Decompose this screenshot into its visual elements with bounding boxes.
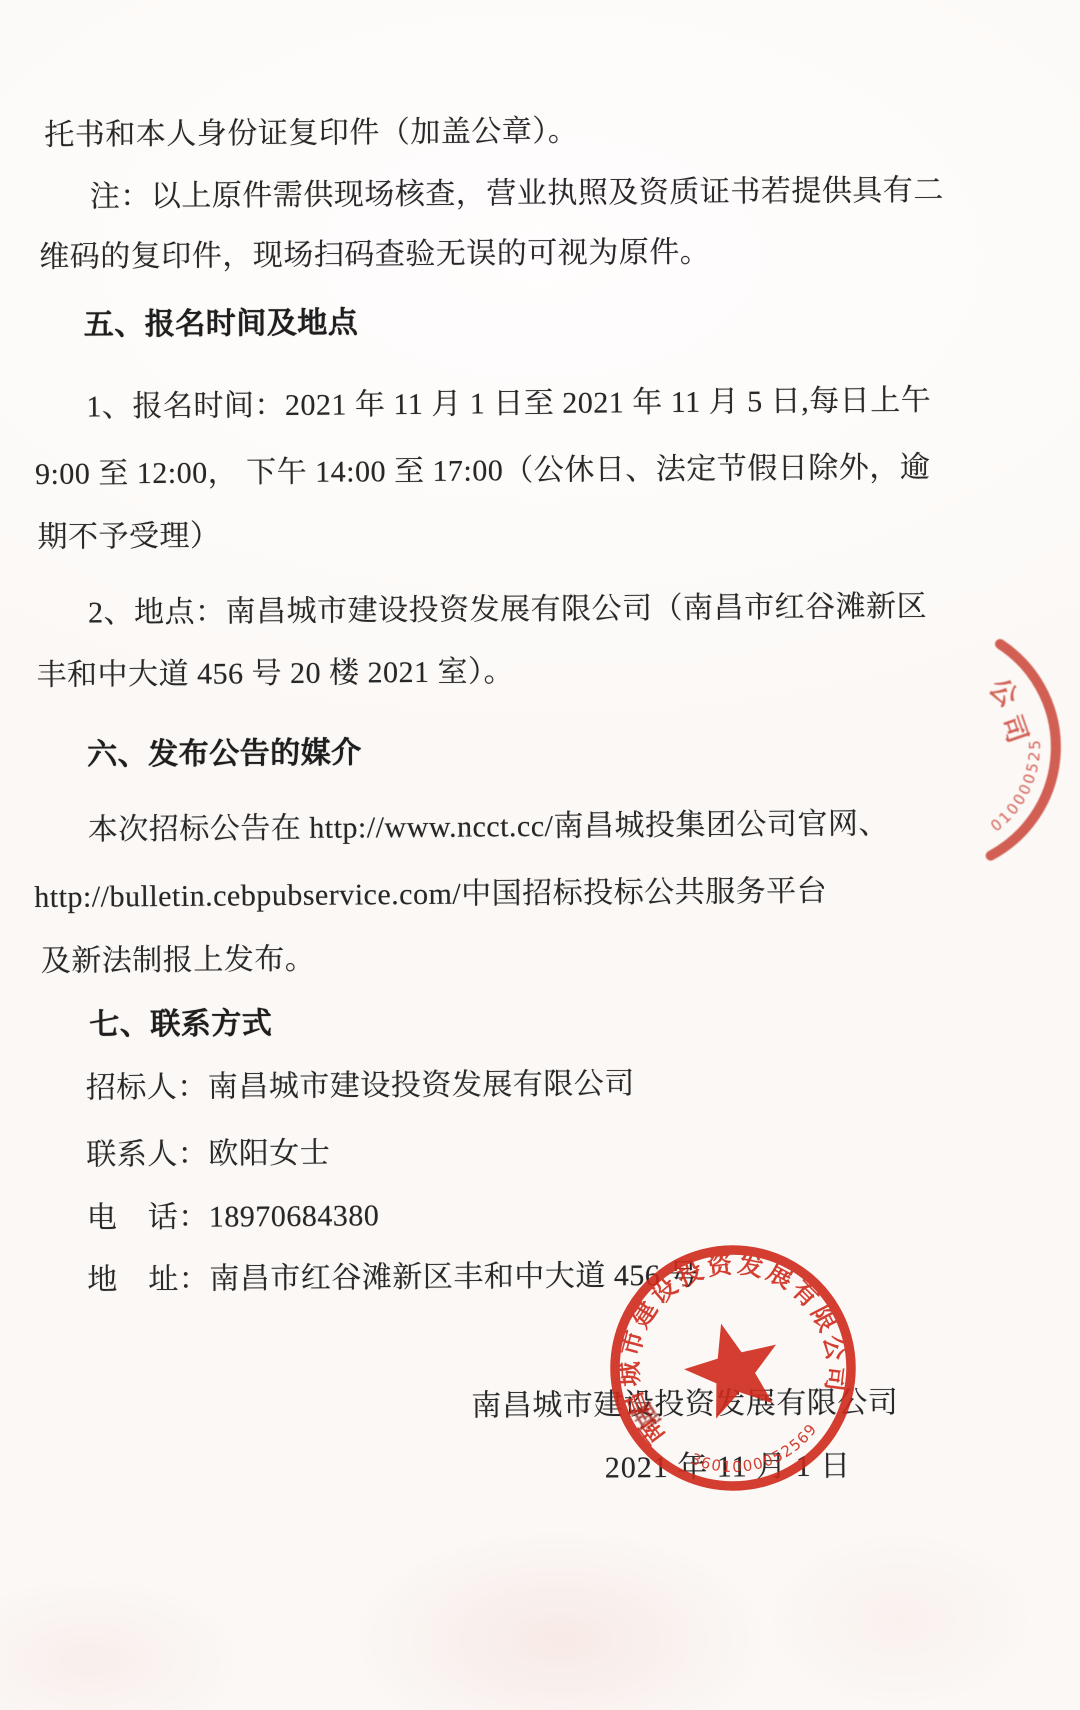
contact-tenderer: 招标人：南昌城市建设投资发展有限公司 (86, 1058, 635, 1106)
doc-line: 及新法制报上发布。 (41, 934, 316, 980)
section-heading-5: 五、报名时间及地点 (84, 297, 359, 343)
doc-line-media-url-1: 本次招标公告在 http://www.ncct.cc/南昌城投集团公司官网、 (88, 798, 889, 848)
doc-line: 托书和本人身份证复印件（加盖公章）。 (44, 106, 578, 154)
doc-line: 维码的复印件，现场扫码查验无误的可视为原件。 (39, 227, 710, 276)
doc-line-media-url-2: http://bulletin.cebpubservice.com/中国招标投标… (34, 866, 827, 916)
doc-line-note: 注：以上原件需供现场核查，营业执照及资质证书若提供具有二 (90, 165, 944, 216)
partial-seal: 公 司 01000052569 (800, 560, 1080, 940)
doc-line: 期不予受理） (37, 511, 220, 556)
official-seal: 南昌城市建设投资发展有限公司 3601000052569 (601, 1236, 865, 1500)
doc-line-hours: 9:00 至 12:00， 下午 14:00 至 17:00（公休日、法定节假日… (35, 442, 931, 493)
doc-line-address: 丰和中大道 456 号 20 楼 2021 室）。 (36, 646, 514, 694)
contact-person: 联系人：欧阳女士 (86, 1128, 330, 1174)
partial-seal-char-1: 公 (983, 672, 1023, 712)
seal-star (675, 1311, 790, 1423)
doc-line-signup-time: 1、报名时间：2021 年 11 月 1 日至 2021 年 11 月 5 日,… (86, 375, 931, 426)
section-heading-6: 六、发布公告的媒介 (87, 727, 362, 773)
scanned-document-page: 托书和本人身份证复印件（加盖公章）。 注：以上原件需供现场核查，营业执照及资质证… (0, 0, 1080, 1710)
section-heading-7: 七、联系方式 (89, 998, 272, 1043)
contact-phone: 电 话：18970684380 (87, 1190, 380, 1236)
